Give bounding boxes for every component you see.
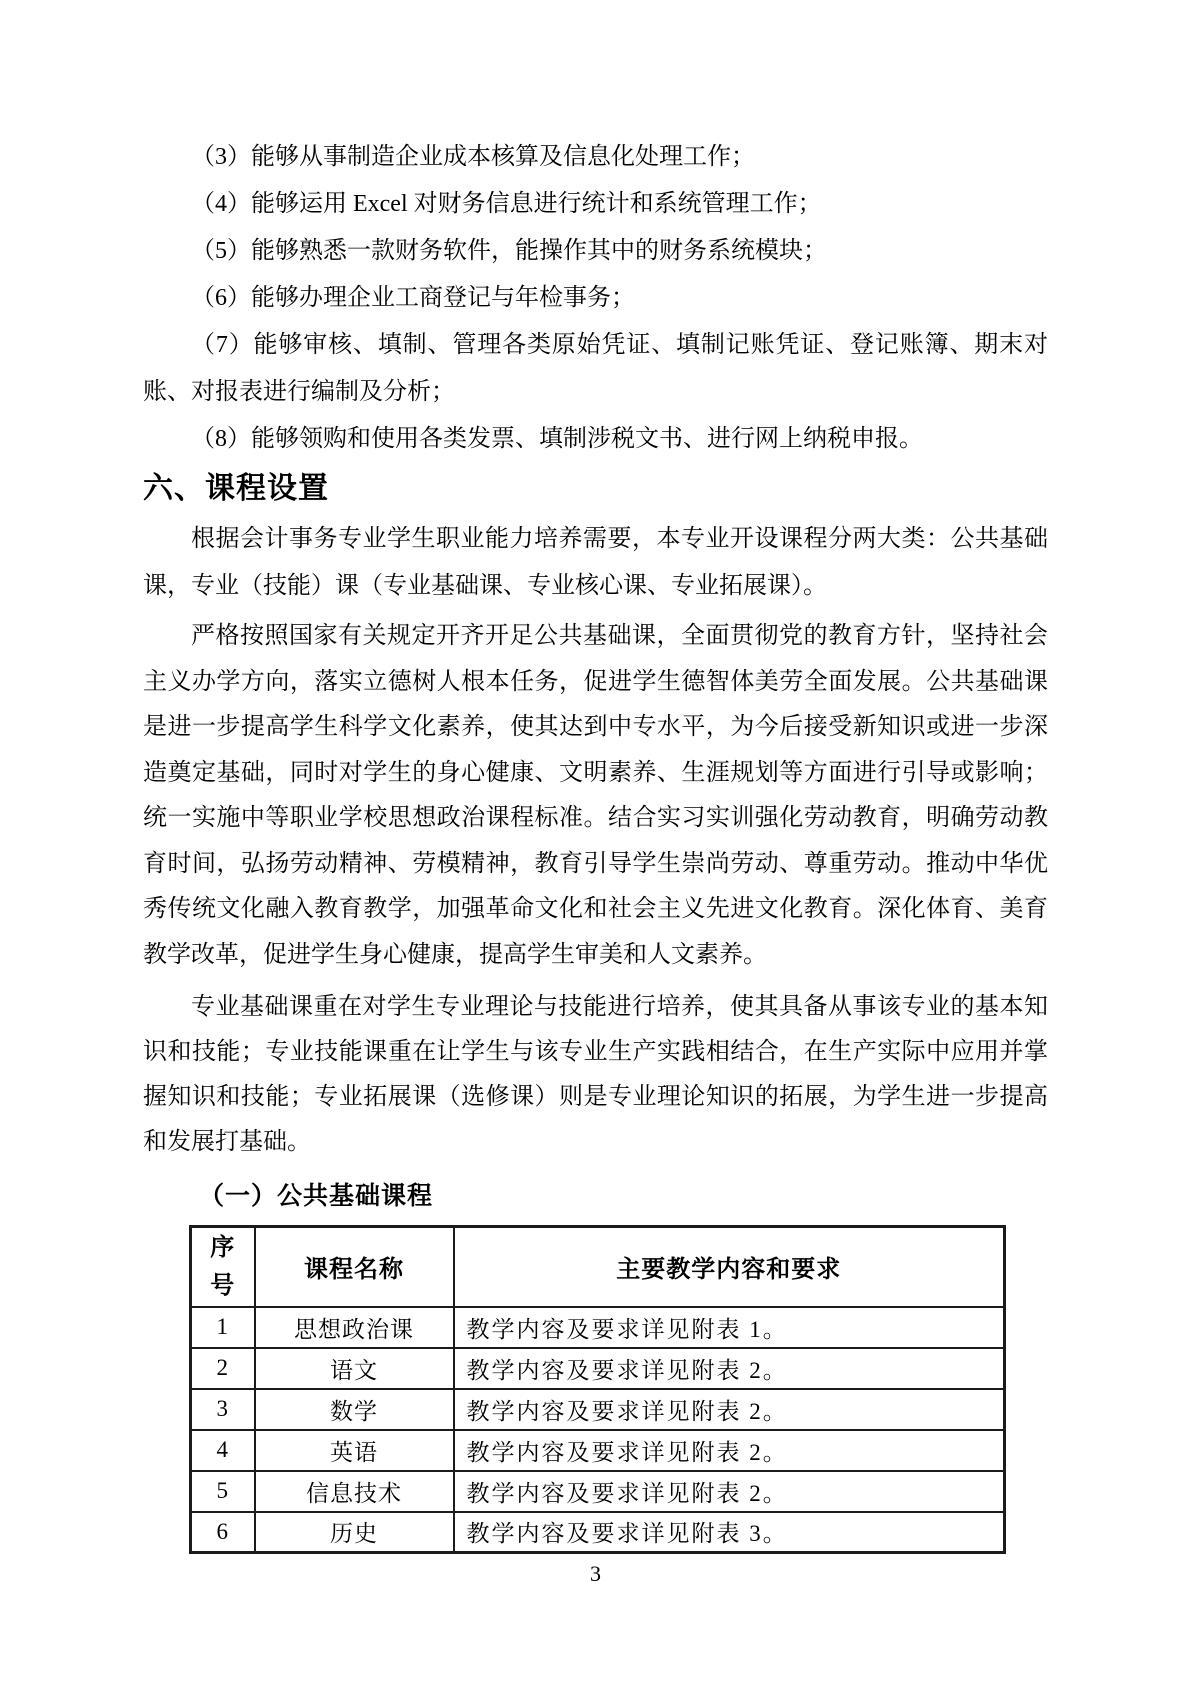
ability-item-7: （7）能够审核、填制、管理各类原始凭证、填制记账凭证、登记账簿、期末对账、对报表…	[143, 322, 1048, 416]
header-cell-course-name: 课程名称	[255, 1227, 454, 1307]
cell-course: 英语	[255, 1430, 454, 1471]
page-content: （3）能够从事制造企业成本核算及信息化处理工作； （4）能够运用 Excel 对…	[0, 0, 1191, 1592]
cell-number: 2	[191, 1348, 255, 1389]
section-paragraph-2: 严格按照国家有关规定开齐开足公共基础课，全面贯彻党的教育方针，坚持社会主义办学方…	[143, 614, 1048, 978]
cell-content: 教学内容及要求详见附表 2。	[454, 1348, 1005, 1389]
table-row: 5 信息技术 教学内容及要求详见附表 2。	[191, 1471, 1005, 1512]
ability-item-8: （8）能够领购和使用各类发票、填制涉税文书、进行网上纳税申报。	[143, 416, 1048, 463]
ability-item-3: （3）能够从事制造企业成本核算及信息化处理工作；	[143, 134, 1048, 181]
header-cell-number: 序号	[191, 1227, 255, 1307]
ability-item-5: （5）能够熟悉一款财务软件，能操作其中的财务系统模块；	[143, 228, 1048, 275]
page-number: 3	[143, 1556, 1048, 1592]
cell-course: 数学	[255, 1389, 454, 1430]
section-paragraph-1: 根据会计事务专业学生职业能力培养需要，本专业开设课程分两大类：公共基础课，专业（…	[143, 516, 1048, 610]
table-row: 1 思想政治课 教学内容及要求详见附表 1。	[191, 1307, 1005, 1348]
header-cell-content-requirements: 主要教学内容和要求	[454, 1227, 1005, 1307]
section-paragraph-3: 专业基础课重在对学生专业理论与技能进行培养，使其具备从事该专业的基本知识和技能；…	[143, 985, 1048, 1165]
cell-content: 教学内容及要求详见附表 2。	[454, 1471, 1005, 1512]
ability-item-4: （4）能够运用 Excel 对财务信息进行统计和系统管理工作；	[143, 181, 1048, 228]
cell-content: 教学内容及要求详见附表 3。	[454, 1512, 1005, 1553]
table-row: 2 语文 教学内容及要求详见附表 2。	[191, 1348, 1005, 1389]
cell-course: 历史	[255, 1512, 454, 1553]
table-row: 6 历史 教学内容及要求详见附表 3。	[191, 1512, 1005, 1553]
cell-course: 思想政治课	[255, 1307, 454, 1348]
table-row: 3 数学 教学内容及要求详见附表 2。	[191, 1389, 1005, 1430]
ability-item-6: （6）能够办理企业工商登记与年检事务；	[143, 275, 1048, 322]
cell-number: 1	[191, 1307, 255, 1348]
cell-number: 6	[191, 1512, 255, 1553]
cell-course: 信息技术	[255, 1471, 454, 1512]
cell-content: 教学内容及要求详见附表 2。	[454, 1430, 1005, 1471]
cell-number: 5	[191, 1471, 255, 1512]
section-heading-course-setup: 六、课程设置	[143, 469, 1048, 509]
cell-content: 教学内容及要求详见附表 2。	[454, 1389, 1005, 1430]
subsection-heading-public-basic-courses: （一）公共基础课程	[143, 1179, 1048, 1213]
cell-content: 教学内容及要求详见附表 1。	[454, 1307, 1005, 1348]
cell-course: 语文	[255, 1348, 454, 1389]
table-row: 4 英语 教学内容及要求详见附表 2。	[191, 1430, 1005, 1471]
document-page: （3）能够从事制造企业成本核算及信息化处理工作； （4）能够运用 Excel 对…	[0, 0, 1191, 1684]
table-header-row: 序号 课程名称 主要教学内容和要求	[191, 1227, 1005, 1307]
cell-number: 3	[191, 1389, 255, 1430]
header-label-number: 序号	[209, 1229, 237, 1305]
basic-courses-table: 序号 课程名称 主要教学内容和要求 1 思想政治课 教学内容及要求详见附表 1。…	[189, 1225, 1006, 1554]
cell-number: 4	[191, 1430, 255, 1471]
